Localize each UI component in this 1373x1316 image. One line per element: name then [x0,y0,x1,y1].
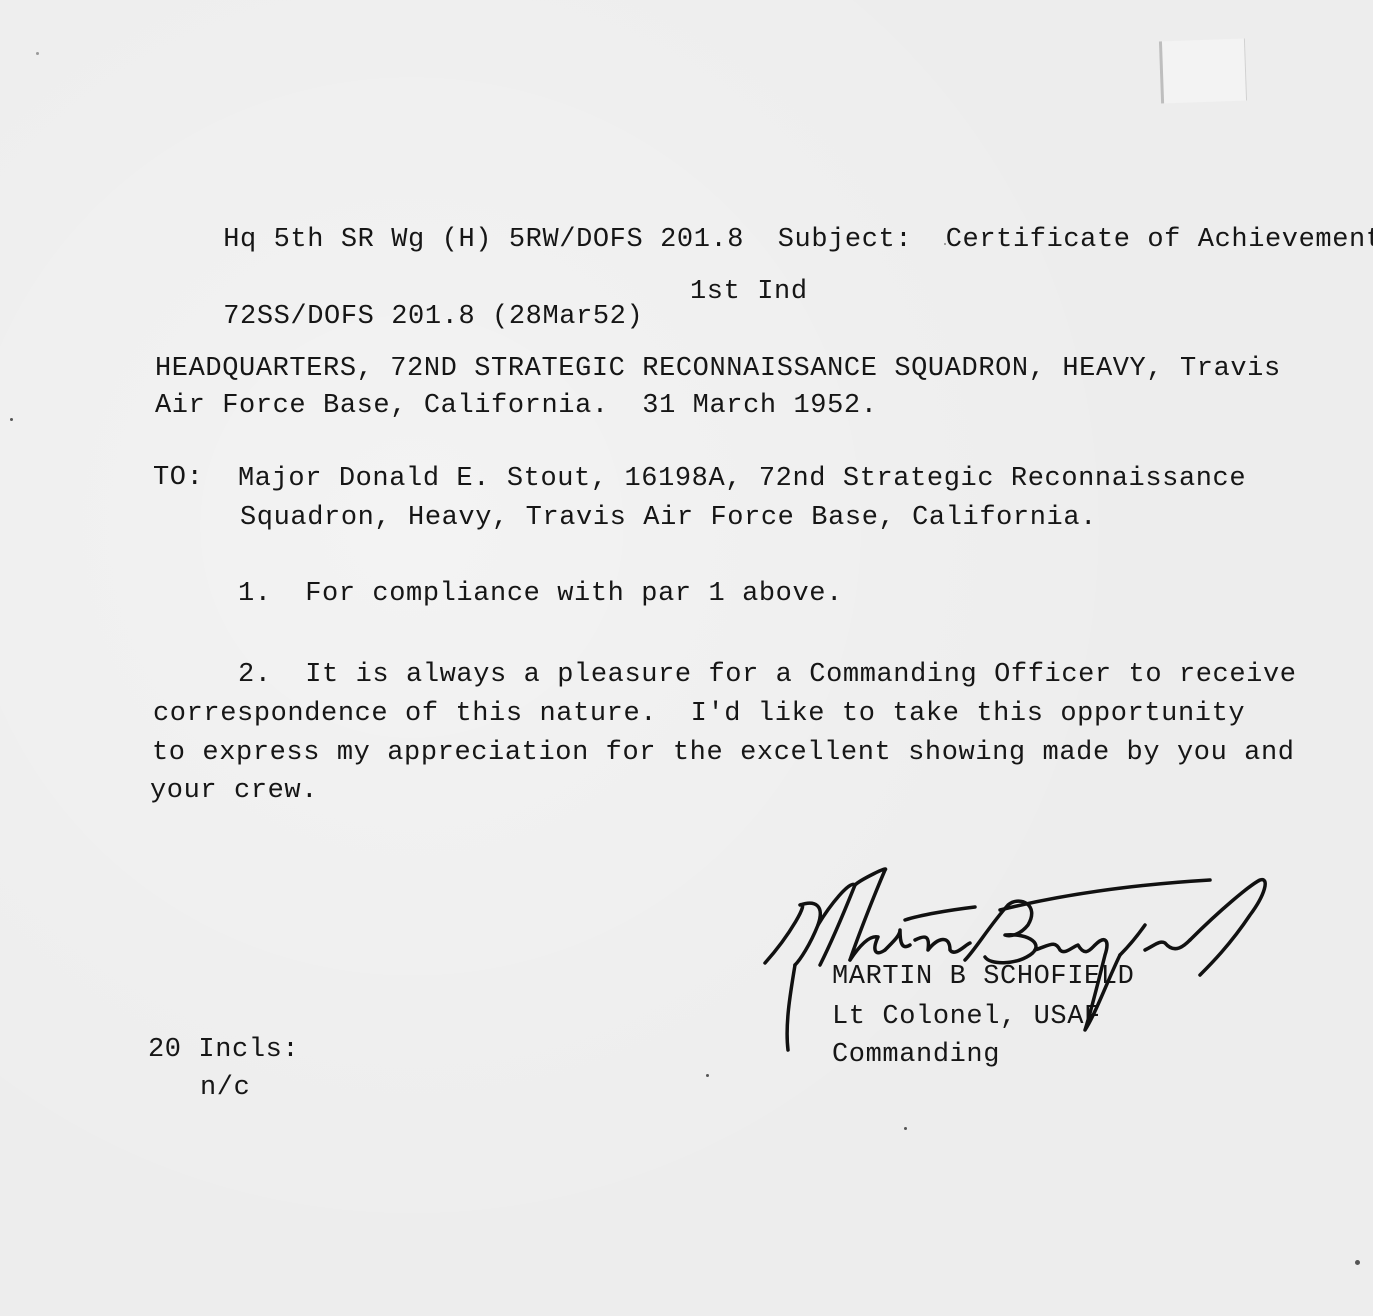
signer-rank: Lt Colonel, USAF [832,1004,1101,1031]
signer-title: Commanding [832,1042,1000,1069]
paragraph-2-line-1: 2. It is always a pleasure for a Command… [238,662,1297,689]
paper-speck [944,243,946,245]
paper-speck [36,52,39,55]
indorsement: 1st Ind [690,279,808,306]
paper-speck [706,1074,709,1077]
paper-speck [1355,1260,1360,1265]
paper-speck [10,418,13,421]
paragraph-1: 1. For compliance with par 1 above. [238,581,843,608]
addressee-line-2: Squadron, Heavy, Travis Air Force Base, … [240,505,1097,532]
paragraph-2-line-3: to express my appreciation for the excel… [152,740,1295,767]
enclosures-value: n/c [200,1075,250,1102]
paragraph-2-line-4: your crew. [150,778,318,805]
reference-code-2: 72SS/DOFS 201.8 (28Mar52) [223,302,643,332]
reference-line-2: 72SS/DOFS 201.8 (28Mar52) [156,277,643,358]
reference-code: Hq 5th SR Wg (H) 5RW/DOFS 201.8 [223,225,744,255]
paragraph-2-line-2: correspondence of this nature. I'd like … [153,701,1245,728]
document-page: Hq 5th SR Wg (H) 5RW/DOFS 201.8 Subject:… [0,0,1373,1316]
paper-speck [904,1127,907,1130]
tape-mark [1159,39,1247,104]
reference-line-1: Hq 5th SR Wg (H) 5RW/DOFS 201.8 Subject:… [156,200,1373,281]
enclosures-label: 20 Incls: [148,1037,299,1064]
subject-value: Certificate of Achievement [946,225,1373,255]
origin-line-1: HEADQUARTERS, 72ND STRATEGIC RECONNAISSA… [155,356,1281,383]
addressee-label: TO: [153,465,203,492]
origin-line-2: Air Force Base, California. 31 March 195… [155,393,878,420]
addressee-line-1: Major Donald E. Stout, 16198A, 72nd Stra… [238,466,1246,493]
subject-label: Subject: [778,225,912,255]
signer-name: MARTIN B SCHOFIELD [832,964,1134,991]
